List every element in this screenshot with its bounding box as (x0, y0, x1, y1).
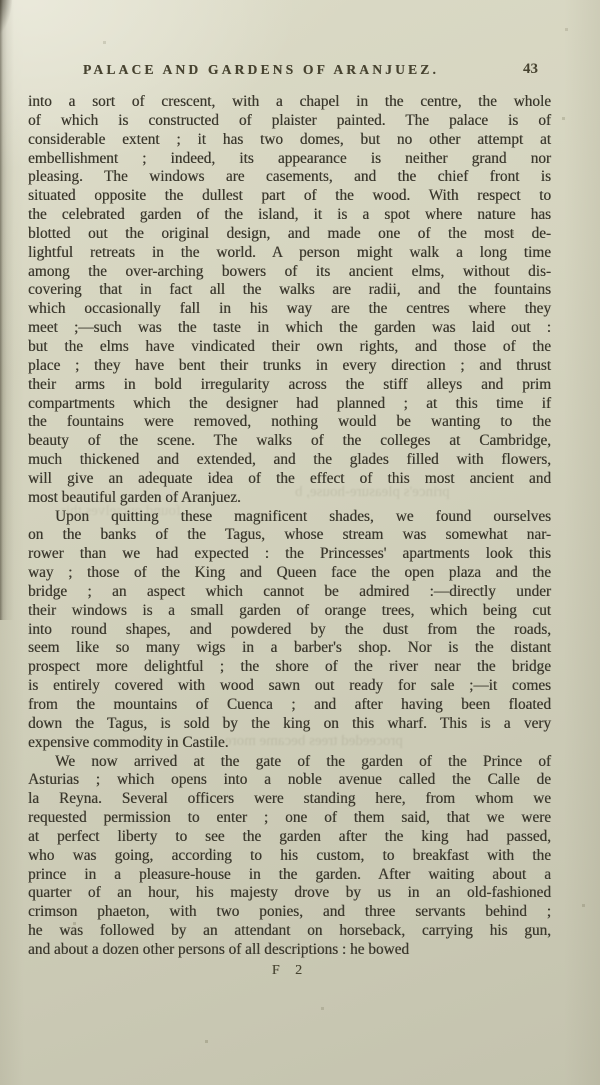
text-line: situated opposite the dullest part of th… (28, 187, 551, 206)
text-line: from the mountains of Cuenca ; and after… (28, 696, 551, 715)
text-line: prince in a pleasure-house in the garden… (28, 866, 551, 885)
page-number: 43 (523, 61, 538, 78)
text-line: place ; they have bent their trunks in e… (28, 357, 551, 376)
text-line: covering that in fact all the walks are … (28, 281, 551, 300)
text-line: expensive commodity in Castile. (28, 734, 551, 753)
text-line: requested permission to enter ; one of t… (28, 809, 551, 828)
text-line: blotted out the original design, and mad… (28, 225, 551, 244)
text-line: is entirely covered with wood sawn out r… (28, 677, 551, 696)
signature-mark: F 2 (0, 963, 580, 979)
text-line: prospect more delightful ; the shore of … (28, 658, 551, 677)
text-line: beauty of the scene. The walks of the co… (28, 432, 551, 451)
text-line: into a sort of crescent, with a chapel i… (28, 93, 551, 112)
text-line: on the banks of the Tagus, whose stream … (28, 526, 551, 545)
text-line: seem like so many wigs in a barber's sho… (28, 639, 551, 658)
book-page-scan: PALACE AND GARDENS OF ARANJUEZ. 43 princ… (0, 0, 600, 1085)
text-line: lightful retreats in the world. A person… (28, 244, 551, 263)
text-line: their windows is a small garden of orang… (28, 602, 551, 621)
text-line: who was going, according to his custom, … (28, 847, 551, 866)
text-line: bridge ; an aspect which cannot be admir… (28, 583, 551, 602)
text-line: among the over-arching bowers of its anc… (28, 263, 551, 282)
text-line: but the elms have vindicated their own r… (28, 338, 551, 357)
text-line: considerable extent ; it has two domes, … (28, 131, 551, 150)
text-line: much thickened and extended, and the gla… (28, 451, 551, 470)
text-line: pleasing. The windows are casements, and… (28, 168, 551, 187)
text-line: way ; those of the King and Queen face t… (28, 564, 551, 583)
text-line: most beautiful garden of Aranjuez. (28, 489, 551, 508)
text-line: meet ;—such was the taste in which the g… (28, 319, 551, 338)
scan-edge-shadow (0, 0, 14, 620)
text-line: the fountains were removed, nothing woul… (28, 413, 551, 432)
text-line: compartments which the designer had plan… (28, 395, 551, 414)
text-line: their arms in bold irregularity across t… (28, 376, 551, 395)
text-line: at perfect liberty to see the garden aft… (28, 828, 551, 847)
paragraph: into a sort of crescent, with a chapel i… (28, 93, 551, 508)
text-line: the celebrated garden of the island, it … (28, 206, 551, 225)
running-header: PALACE AND GARDENS OF ARANJUEZ. 43 (0, 0, 600, 92)
page-body: into a sort of crescent, with a chapel i… (28, 93, 551, 960)
text-line: will give an adequate idea of the effect… (28, 470, 551, 489)
text-line: Upon quitting these magnificent shades, … (28, 508, 551, 527)
text-line: down the Tagus, is sold by the king on t… (28, 715, 551, 734)
text-line: which occasionally fall in his way are t… (28, 300, 551, 319)
text-line: embellishment ; indeed, its appearance i… (28, 150, 551, 169)
text-line: rower than we had expected : the Princes… (28, 545, 551, 564)
paragraph: Upon quitting these magnificent shades, … (28, 508, 551, 753)
text-line: of which is constructed of plaister pain… (28, 112, 551, 131)
text-line: crimson phaeton, with two ponies, and th… (28, 903, 551, 922)
text-line: he was followed by an attendant on horse… (28, 922, 551, 941)
paragraph: We now arrived at the gate of the garden… (28, 753, 551, 960)
text-line: quarter of an hour, his majesty drove by… (28, 884, 551, 903)
text-line: la Reyna. Several officers were standing… (28, 790, 551, 809)
text-line: and about a dozen other persons of all d… (28, 941, 551, 960)
text-line: Asturias ; which opens into a noble aven… (28, 771, 551, 790)
text-line: We now arrived at the gate of the garden… (28, 753, 551, 772)
header-title: PALACE AND GARDENS OF ARANJUEZ. (0, 62, 522, 78)
text-line: into round shapes, and powdered by the d… (28, 621, 551, 640)
